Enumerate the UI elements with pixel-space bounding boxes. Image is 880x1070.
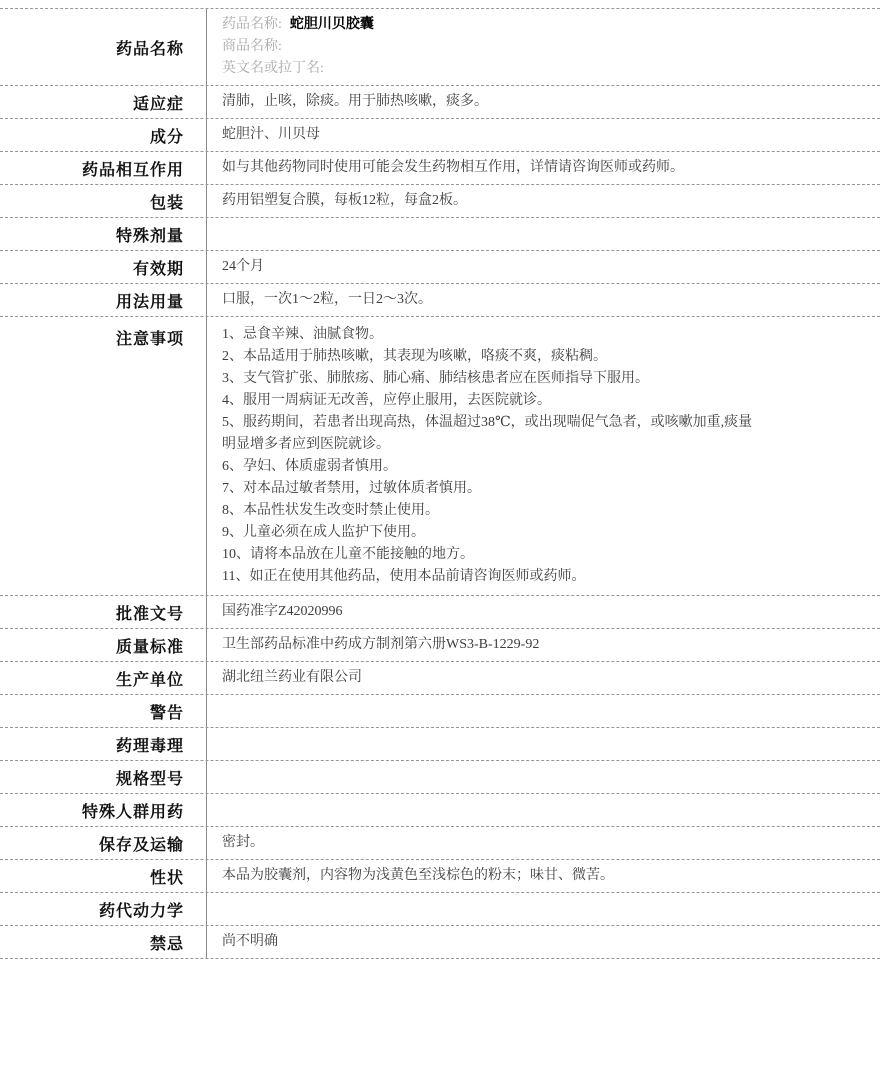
row-label: 包装	[0, 185, 207, 217]
table-row-dosage: 用法用量 口服，一次1～2粒，一日2～3次。	[0, 284, 880, 317]
row-value: 卫生部药品标准中药成方制剂第六册WS3-B-1229-92	[207, 629, 880, 661]
row-value: 清肺，止咳，除痰。用于肺热咳嗽，痰多。	[207, 86, 880, 118]
table-row-pharmacology: 药理毒理	[0, 728, 880, 761]
row-value: 如与其他药物同时使用可能会发生药物相互作用，详情请咨询医师或药师。	[207, 152, 880, 184]
row-label: 特殊人群用药	[0, 794, 207, 826]
row-value: 本品为胶囊剂，内容物为浅黄色至浅棕色的粉末；味甘、微苦。	[207, 860, 880, 892]
row-label: 警告	[0, 695, 207, 727]
row-value	[207, 695, 880, 727]
row-label: 性状	[0, 860, 207, 892]
row-value	[207, 218, 880, 250]
row-value: 国药准字Z42020996	[207, 596, 880, 628]
precaution-line: 4、服用一周病证无改善，应停止服用，去医院就诊。	[222, 390, 868, 412]
row-value: 药用铝塑复合膜，每板12粒，每盒2板。	[207, 185, 880, 217]
table-row-ingredients: 成分 蛇胆汁、川贝母	[0, 119, 880, 152]
row-label: 注意事项	[0, 317, 207, 595]
field-prefix: 药品名称:	[222, 17, 282, 32]
drug-info-table: 药品名称 药品名称:蛇胆川贝胶囊 商品名称: 英文名或拉丁名: 适应症 清肺，止…	[0, 8, 880, 959]
table-row-special-populations: 特殊人群用药	[0, 794, 880, 827]
precaution-line: 2、本品适用于肺热咳嗽，其表现为咳嗽，咯痰不爽，痰粘稠。	[222, 346, 868, 368]
precaution-line: 9、儿童必须在成人监护下使用。	[222, 522, 868, 544]
row-label: 成分	[0, 119, 207, 151]
table-row-manufacturer: 生产单位 湖北纽兰药业有限公司	[0, 662, 880, 695]
row-value: 口服，一次1～2粒，一日2～3次。	[207, 284, 880, 316]
precaution-line: 10、请将本品放在儿童不能接触的地方。	[222, 544, 868, 566]
precaution-line: 8、本品性状发生改变时禁止使用。	[222, 500, 868, 522]
field-prefix: 英文名或拉丁名:	[222, 61, 324, 76]
row-value	[207, 893, 880, 925]
drug-info-sheet: 药品名称 药品名称:蛇胆川贝胶囊 商品名称: 英文名或拉丁名: 适应症 清肺，止…	[0, 0, 880, 1070]
row-value: 密封。	[207, 827, 880, 859]
table-row-storage: 保存及运输 密封。	[0, 827, 880, 860]
row-value: 药品名称:蛇胆川贝胶囊 商品名称: 英文名或拉丁名:	[207, 9, 880, 85]
table-row-pharmacokinetics: 药代动力学	[0, 893, 880, 926]
table-row-precautions: 注意事项 1、忌食辛辣、油腻食物。 2、本品适用于肺热咳嗽，其表现为咳嗽，咯痰不…	[0, 317, 880, 596]
table-row-drug-name: 药品名称 药品名称:蛇胆川贝胶囊 商品名称: 英文名或拉丁名:	[0, 9, 880, 86]
precaution-line: 6、孕妇、体质虚弱者慎用。	[222, 456, 868, 478]
row-label: 药品名称	[0, 9, 207, 85]
table-row-approval-number: 批准文号 国药准字Z42020996	[0, 596, 880, 629]
row-label: 保存及运输	[0, 827, 207, 859]
row-value: 湖北纽兰药业有限公司	[207, 662, 880, 694]
table-row-interactions: 药品相互作用 如与其他药物同时使用可能会发生药物相互作用，详情请咨询医师或药师。	[0, 152, 880, 185]
precaution-line: 明显增多者应到医院就诊。	[222, 434, 868, 456]
row-label: 批准文号	[0, 596, 207, 628]
row-value	[207, 761, 880, 793]
row-label: 药品相互作用	[0, 152, 207, 184]
row-label: 适应症	[0, 86, 207, 118]
table-row-indications: 适应症 清肺，止咳，除痰。用于肺热咳嗽，痰多。	[0, 86, 880, 119]
precaution-line: 11、如正在使用其他药品，使用本品前请咨询医师或药师。	[222, 566, 868, 588]
precaution-line: 5、服药期间，若患者出现高热，体温超过38℃，或出现喘促气急者，或咳嗽加重,痰量	[222, 412, 868, 434]
row-label: 药理毒理	[0, 728, 207, 760]
row-value: 蛇胆汁、川贝母	[207, 119, 880, 151]
table-row-special-dosage: 特殊剂量	[0, 218, 880, 251]
row-label: 质量标准	[0, 629, 207, 661]
table-row-description: 性状 本品为胶囊剂，内容物为浅黄色至浅棕色的粉末；味甘、微苦。	[0, 860, 880, 893]
precaution-line: 1、忌食辛辣、油腻食物。	[222, 324, 868, 346]
row-label: 用法用量	[0, 284, 207, 316]
table-row-packaging: 包装 药用铝塑复合膜，每板12粒，每盒2板。	[0, 185, 880, 218]
row-label: 生产单位	[0, 662, 207, 694]
table-row-specification: 规格型号	[0, 761, 880, 794]
drug-name-line: 药品名称:蛇胆川贝胶囊	[222, 14, 868, 36]
field-prefix: 商品名称:	[222, 39, 282, 54]
table-row-warning: 警告	[0, 695, 880, 728]
row-value: 24个月	[207, 251, 880, 283]
row-value: 1、忌食辛辣、油腻食物。 2、本品适用于肺热咳嗽，其表现为咳嗽，咯痰不爽，痰粘稠…	[207, 317, 880, 595]
row-value	[207, 794, 880, 826]
latin-name-line: 英文名或拉丁名:	[222, 58, 868, 80]
trade-name-line: 商品名称:	[222, 36, 868, 58]
table-row-quality-standard: 质量标准 卫生部药品标准中药成方制剂第六册WS3-B-1229-92	[0, 629, 880, 662]
table-row-shelf-life: 有效期 24个月	[0, 251, 880, 284]
row-label: 药代动力学	[0, 893, 207, 925]
row-value	[207, 728, 880, 760]
row-label: 规格型号	[0, 761, 207, 793]
table-row-contraindications: 禁忌 尚不明确	[0, 926, 880, 959]
row-label: 有效期	[0, 251, 207, 283]
precaution-line: 3、支气管扩张、肺脓疡、肺心痛、肺结核患者应在医师指导下服用。	[222, 368, 868, 390]
precaution-line: 7、对本品过敏者禁用，过敏体质者慎用。	[222, 478, 868, 500]
row-label: 禁忌	[0, 926, 207, 958]
row-label: 特殊剂量	[0, 218, 207, 250]
drug-name-value: 蛇胆川贝胶囊	[290, 17, 374, 32]
row-value: 尚不明确	[207, 926, 880, 958]
